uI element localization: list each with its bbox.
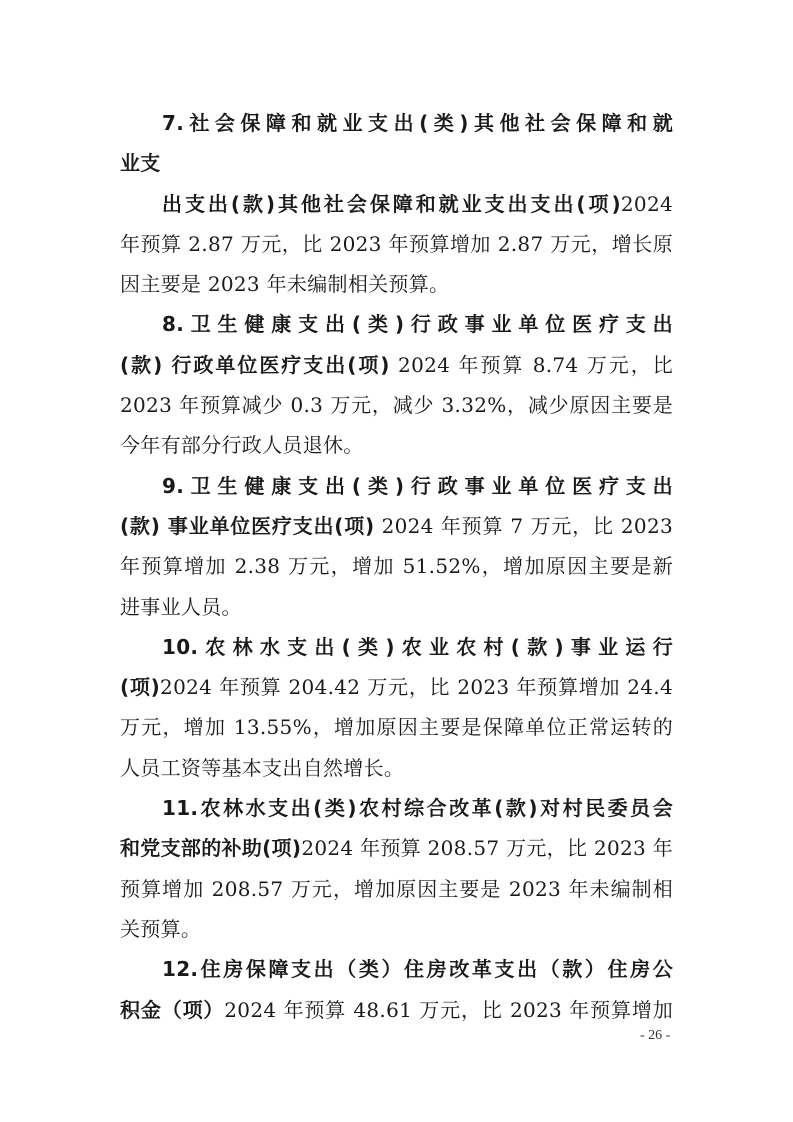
- body-line: 关预算。: [120, 909, 673, 949]
- section-item-8: 8.卫生健康支出(类)行政事业单位医疗支出 (款) 行政单位医疗支出(项) 20…: [120, 304, 673, 465]
- body-text: 2024 年预算 204.42 万元，比 2023 年预算增加 24.4: [160, 675, 673, 699]
- body-text: 2024 年预算 8.74 万元，比: [390, 353, 673, 377]
- section-item-11: 11.农林水支出(类)农村综合改革(款)对村民委员会 和党支部的补助(项)202…: [120, 788, 673, 949]
- heading-line: 出支出(款)其他社会保障和就业支出支出(项)2024: [120, 184, 673, 224]
- section-item-7: 7.社会保障和就业支出(类)其他社会保障和就 业支 出支出(款)其他社会保障和就…: [120, 103, 673, 304]
- heading-line: 7.社会保障和就业支出(类)其他社会保障和就: [120, 103, 673, 143]
- bold-text: 9.卫生健康支出(类)行政事业单位医疗支出: [162, 474, 673, 498]
- body-text: 进事业人员。: [120, 595, 242, 619]
- body-line: 万元，增加 13.55%，增加原因主要是保障单位正常运转的: [120, 707, 673, 747]
- body-line: 今年有部分行政人员退休。: [120, 425, 673, 465]
- body-text: 2023 年预算减少 0.3 万元，减少 3.32%，减少原因主要是: [120, 393, 673, 417]
- body-line: 预算增加 208.57 万元，增加原因主要是 2023 年未编制相: [120, 869, 673, 909]
- body-text: 关预算。: [120, 917, 201, 941]
- bold-text: 出支出(款)其他社会保障和就业支出支出(项): [162, 192, 621, 216]
- body-line: 进事业人员。: [120, 587, 673, 627]
- bold-text: (款) 行政单位医疗支出(项): [120, 353, 390, 377]
- heading-line: 10.农林水支出(类)农业农村(款)事业运行: [120, 627, 673, 667]
- bold-text: (项): [120, 675, 160, 699]
- heading-line: 12.住房保障支出（类）住房改革支出（款）住房公: [120, 949, 673, 989]
- bold-text: 积金（项）: [120, 998, 224, 1022]
- heading-line: (款) 行政单位医疗支出(项) 2024 年预算 8.74 万元，比: [120, 345, 673, 385]
- body-text: 2024 年预算 48.61 万元，比 2023 年预算增加: [224, 998, 673, 1022]
- body-text: 预算增加 208.57 万元，增加原因主要是 2023 年未编制相: [120, 877, 673, 901]
- body-text: 人员工资等基本支出自然增长。: [120, 756, 404, 780]
- body-line: 年预算 2.87 万元，比 2023 年预算增加 2.87 万元，增长原: [120, 224, 673, 264]
- heading-line: 积金（项）2024 年预算 48.61 万元，比 2023 年预算增加: [120, 990, 673, 1030]
- body-text: 年预算增加 2.38 万元，增加 51.52%，增加原因主要是新: [120, 554, 673, 578]
- body-text: 今年有部分行政人员退休。: [120, 433, 364, 457]
- heading-line: 9.卫生健康支出(类)行政事业单位医疗支出: [120, 466, 673, 506]
- body-line: 2023 年预算减少 0.3 万元，减少 3.32%，减少原因主要是: [120, 385, 673, 425]
- heading-line: 和党支部的补助(项)2024 年预算 208.57 万元，比 2023 年: [120, 828, 673, 868]
- document-body: 7.社会保障和就业支出(类)其他社会保障和就 业支 出支出(款)其他社会保障和就…: [120, 103, 673, 1030]
- section-item-10: 10.农林水支出(类)农业农村(款)事业运行 (项)2024 年预算 204.4…: [120, 627, 673, 788]
- body-text: 因主要是 2023 年未编制相关预算。: [120, 272, 449, 296]
- heading-line: (项)2024 年预算 204.42 万元，比 2023 年预算增加 24.4: [120, 667, 673, 707]
- body-text: 2024 年预算 208.57 万元，比 2023 年: [301, 836, 673, 860]
- section-item-12: 12.住房保障支出（类）住房改革支出（款）住房公 积金（项）2024 年预算 4…: [120, 949, 673, 1030]
- body-line: 年预算增加 2.38 万元，增加 51.52%，增加原因主要是新: [120, 546, 673, 586]
- body-text: 年预算 2.87 万元，比 2023 年预算增加 2.87 万元，增长原: [120, 232, 673, 256]
- heading-line: 8.卫生健康支出(类)行政事业单位医疗支出: [120, 304, 673, 344]
- bold-text: 12.住房保障支出（类）住房改革支出（款）住房公: [162, 957, 673, 981]
- bold-text: 7.社会保障和就业支出(类)其他社会保障和就: [162, 111, 673, 135]
- body-line: 因主要是 2023 年未编制相关预算。: [120, 264, 673, 304]
- heading-line: (款) 事业单位医疗支出(项) 2024 年预算 7 万元，比 2023: [120, 506, 673, 546]
- bold-text: 10.农林水支出(类)农业农村(款)事业运行: [162, 635, 673, 659]
- page-number: - 26 -: [640, 1028, 670, 1044]
- bold-text: 8.卫生健康支出(类)行政事业单位医疗支出: [162, 312, 673, 336]
- bold-text: 和党支部的补助(项): [120, 836, 301, 860]
- heading-line: 11.农林水支出(类)农村综合改革(款)对村民委员会: [120, 788, 673, 828]
- body-line: 人员工资等基本支出自然增长。: [120, 748, 673, 788]
- heading-line: 业支: [120, 143, 673, 183]
- body-text: 2024 年预算 7 万元，比 2023: [374, 514, 673, 538]
- bold-text: 业支: [120, 151, 161, 175]
- bold-text: (款) 事业单位医疗支出(项): [120, 514, 374, 538]
- body-text: 2024: [621, 192, 673, 216]
- bold-text: 11.农林水支出(类)农村综合改革(款)对村民委员会: [162, 796, 673, 820]
- body-text: 万元，增加 13.55%，增加原因主要是保障单位正常运转的: [120, 715, 673, 739]
- section-item-9: 9.卫生健康支出(类)行政事业单位医疗支出 (款) 事业单位医疗支出(项) 20…: [120, 466, 673, 627]
